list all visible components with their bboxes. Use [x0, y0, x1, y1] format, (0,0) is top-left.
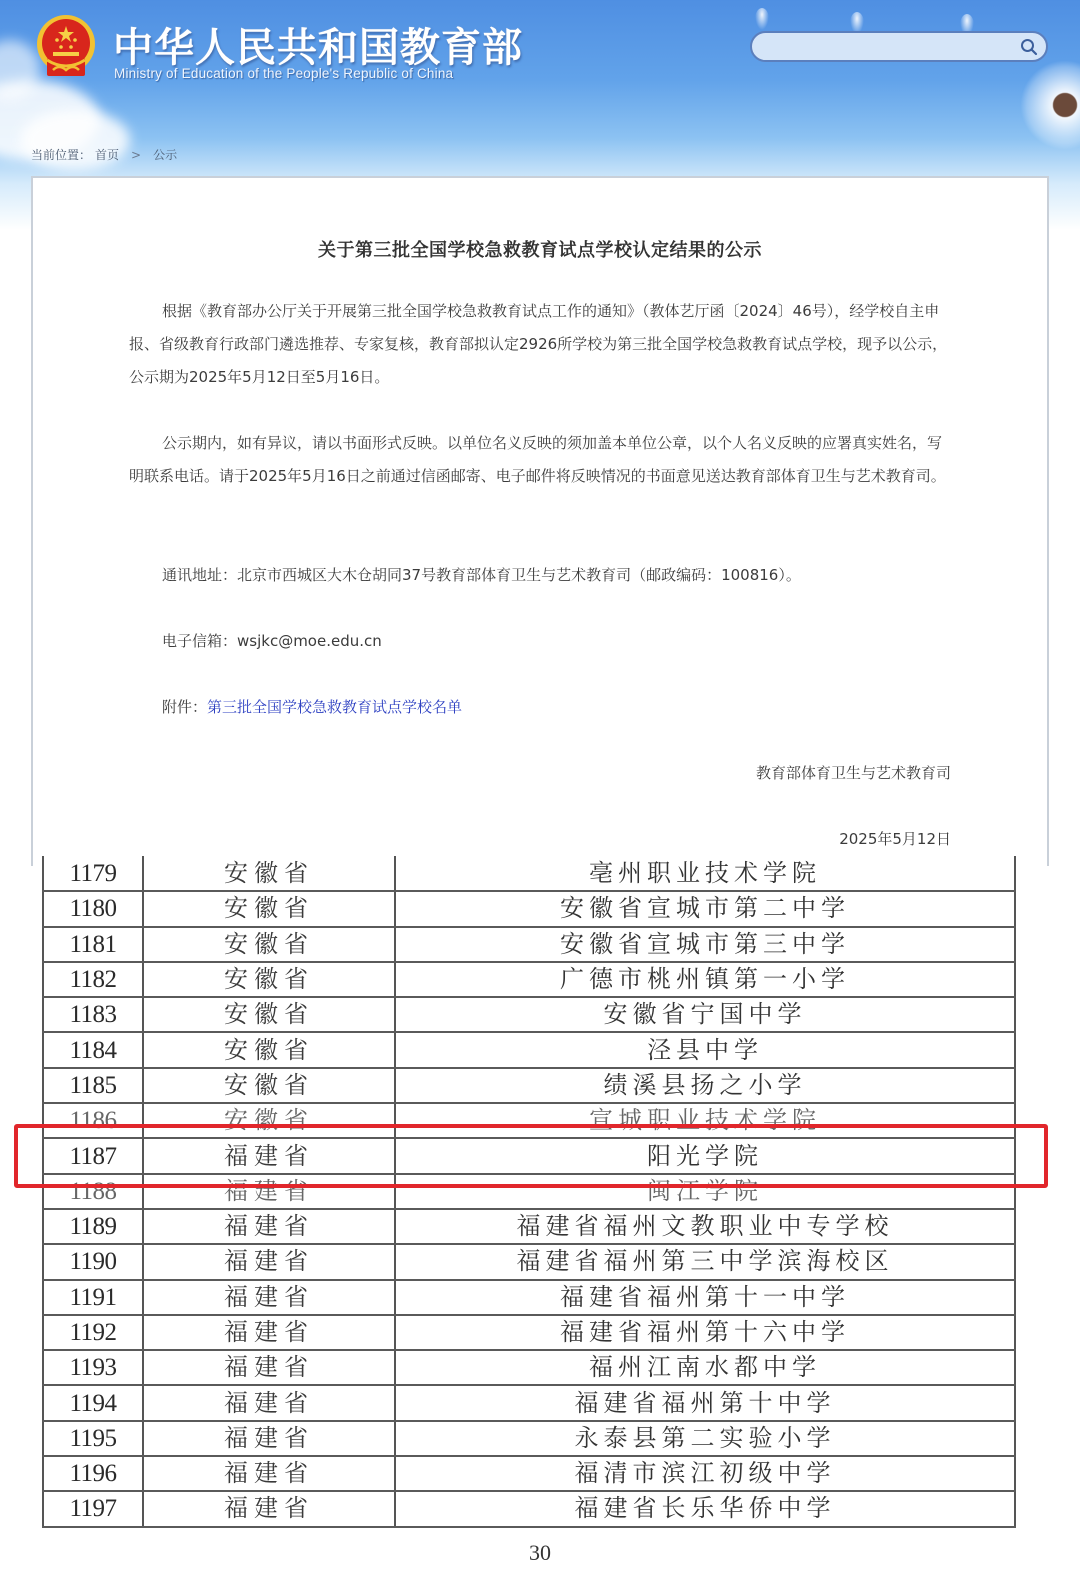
row-school-name: 安徽省宁国中学 [395, 997, 1015, 1032]
breadcrumb-item-announcement[interactable]: 公示 [153, 146, 177, 163]
row-school-name: 安徽省宣城市第三中学 [395, 927, 1015, 962]
table-row: 1197福建省福建省长乐华侨中学 [43, 1491, 1015, 1526]
row-school-name: 福州江南水都中学 [395, 1350, 1015, 1385]
row-number: 1193 [43, 1350, 143, 1385]
row-school-name: 广德市桃州镇第一小学 [395, 962, 1015, 997]
row-number: 1197 [43, 1491, 143, 1526]
table-row: 1194福建省福建省福州第十中学 [43, 1385, 1015, 1420]
row-province: 安徽省 [143, 927, 395, 962]
search-input[interactable] [764, 37, 1014, 57]
row-number: 1196 [43, 1456, 143, 1491]
row-province: 福建省 [143, 1421, 395, 1456]
table-row: 1183安徽省安徽省宁国中学 [43, 997, 1015, 1032]
search-box[interactable] [750, 31, 1048, 62]
table-row: 1189福建省福建省福州文教职业中专学校 [43, 1209, 1015, 1244]
attachment-label: 附件： [162, 698, 207, 716]
row-school-name: 福建省福州第十六中学 [395, 1315, 1015, 1350]
highlight-box [14, 1124, 1048, 1188]
row-number: 1180 [43, 891, 143, 926]
site-title-en: Ministry of Education of the People's Re… [114, 66, 453, 81]
table-row: 1192福建省福建省福州第十六中学 [43, 1315, 1015, 1350]
breadcrumb-item-home[interactable]: 首页 [95, 146, 119, 163]
table-row: 1190福建省福建省福州第三中学滨海校区 [43, 1244, 1015, 1279]
row-school-name: 福建省福州第三中学滨海校区 [395, 1244, 1015, 1279]
email-label: 电子信箱： [162, 632, 237, 650]
row-school-name: 福建省福州第十中学 [395, 1385, 1015, 1420]
row-number: 1183 [43, 997, 143, 1032]
attachment-link[interactable]: 第三批全国学校急救教育试点学校名单 [207, 698, 462, 716]
row-province: 安徽省 [143, 856, 395, 891]
row-number: 1181 [43, 927, 143, 962]
article-card: 关于第三批全国学校急救教育试点学校认定结果的公示 根据《教育部办公厅关于开展第三… [31, 176, 1049, 866]
row-number: 1182 [43, 962, 143, 997]
article-signature: 教育部体育卫生与艺术教育司 [756, 762, 951, 783]
table-row: 1180安徽省安徽省宣城市第二中学 [43, 891, 1015, 926]
article-paragraph-2: 公示期内，如有异议，请以书面形式反映。以单位名义反映的须加盖本单位公章，以个人名… [129, 427, 955, 493]
article-title: 关于第三批全国学校急救教育试点学校认定结果的公示 [33, 236, 1047, 262]
row-number: 1191 [43, 1280, 143, 1315]
row-number: 1189 [43, 1209, 143, 1244]
table-row: 1196福建省福清市滨江初级中学 [43, 1456, 1015, 1491]
row-school-name: 亳州职业技术学院 [395, 856, 1015, 891]
row-province: 福建省 [143, 1350, 395, 1385]
table-row: 1191福建省福建省福州第十一中学 [43, 1280, 1015, 1315]
row-number: 1195 [43, 1421, 143, 1456]
row-province: 安徽省 [143, 891, 395, 926]
table-row: 1193福建省福州江南水都中学 [43, 1350, 1015, 1385]
email-address[interactable]: wsjkc@moe.edu.cn [237, 632, 382, 650]
row-province: 安徽省 [143, 1068, 395, 1103]
row-number: 1194 [43, 1385, 143, 1420]
table-row: 1195福建省永泰县第二实验小学 [43, 1421, 1015, 1456]
article-address: 通讯地址：北京市西城区大木仓胡同37号教育部体育卫生与艺术教育司（邮政编码：10… [162, 564, 801, 585]
search-icon[interactable] [1020, 38, 1038, 56]
row-number: 1192 [43, 1315, 143, 1350]
row-number: 1184 [43, 1032, 143, 1067]
row-school-name: 福清市滨江初级中学 [395, 1456, 1015, 1491]
article-date: 2025年5月12日 [839, 828, 951, 849]
article-email-line: 电子信箱：wsjkc@moe.edu.cn [162, 630, 382, 651]
article-paragraph-1: 根据《教育部办公厅关于开展第三批全国学校急救教育试点工作的通知》（教体艺厅函〔2… [129, 295, 955, 394]
table-row: 1179安徽省亳州职业技术学院 [43, 856, 1015, 891]
row-number: 1179 [43, 856, 143, 891]
row-school-name: 绩溪县扬之小学 [395, 1068, 1015, 1103]
table-row: 1184安徽省泾县中学 [43, 1032, 1015, 1067]
row-province: 福建省 [143, 1244, 395, 1279]
breadcrumb-label: 当前位置： [31, 146, 91, 163]
row-school-name: 福建省福州文教职业中专学校 [395, 1209, 1015, 1244]
dandelion-decoration [1020, 60, 1080, 150]
row-number: 1190 [43, 1244, 143, 1279]
row-school-name: 永泰县第二实验小学 [395, 1421, 1015, 1456]
row-province: 福建省 [143, 1385, 395, 1420]
page-number: 30 [0, 1540, 1080, 1566]
table-row: 1182安徽省广德市桃州镇第一小学 [43, 962, 1015, 997]
table-row: 1181安徽省安徽省宣城市第三中学 [43, 927, 1015, 962]
row-province: 福建省 [143, 1456, 395, 1491]
row-province: 安徽省 [143, 1032, 395, 1067]
row-school-name: 泾县中学 [395, 1032, 1015, 1067]
row-school-name: 福建省福州第十一中学 [395, 1280, 1015, 1315]
row-province: 安徽省 [143, 997, 395, 1032]
breadcrumb-separator-icon: > [131, 148, 141, 162]
table-row: 1185安徽省绩溪县扬之小学 [43, 1068, 1015, 1103]
row-province: 安徽省 [143, 962, 395, 997]
row-province: 福建省 [143, 1280, 395, 1315]
school-list-table: 1179安徽省亳州职业技术学院1180安徽省安徽省宣城市第二中学1181安徽省安… [42, 856, 1016, 1528]
row-school-name: 福建省长乐华侨中学 [395, 1491, 1015, 1526]
breadcrumb: 当前位置： 首页 > 公示 [31, 146, 177, 163]
row-province: 福建省 [143, 1209, 395, 1244]
dandelion-seed-decoration [755, 8, 769, 30]
national-emblem-icon[interactable] [33, 14, 99, 82]
article-attachment-line: 附件：第三批全国学校急救教育试点学校名单 [162, 696, 462, 717]
row-province: 福建省 [143, 1491, 395, 1526]
row-province: 福建省 [143, 1315, 395, 1350]
site-title-cn[interactable]: 中华人民共和国教育部 [113, 16, 523, 73]
row-school-name: 安徽省宣城市第二中学 [395, 891, 1015, 926]
row-number: 1185 [43, 1068, 143, 1103]
